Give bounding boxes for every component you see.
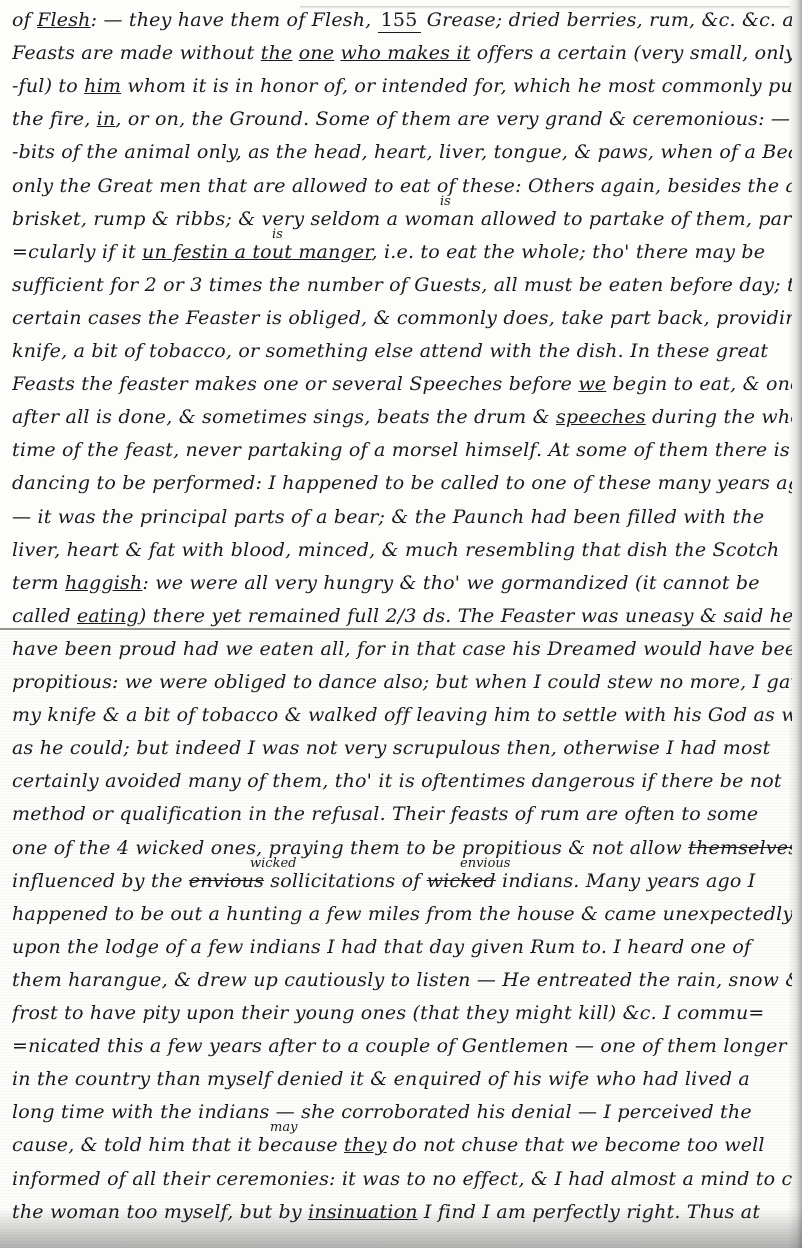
line-text: ) there yet remained full 2/3 ds. The Fe… xyxy=(139,605,792,627)
line-text: =cularly if it xyxy=(12,241,142,263)
manuscript-line: -ful) to him whom it is in honor of, or … xyxy=(12,74,792,98)
page-number: 155 xyxy=(378,8,421,33)
manuscript-line: as he could; but indeed I was not very s… xyxy=(12,736,792,760)
line-text: informed of all their ceremonies: it was… xyxy=(12,1168,792,1190)
underlined-text: haggish xyxy=(65,572,142,594)
line-text: frost to have pity upon their young ones… xyxy=(12,1002,765,1024)
manuscript-line: liver, heart & fat with blood, minced, &… xyxy=(12,538,792,562)
manuscript-line: one of the 4 wicked ones, praying them t… xyxy=(12,836,792,860)
manuscript-line: term haggish: we were all very hungry & … xyxy=(12,571,792,595)
interlinear-insertion: may xyxy=(270,1120,297,1135)
manuscript-line: in the country than myself denied it & e… xyxy=(12,1067,792,1091)
struck-text: wicked xyxy=(427,870,496,892)
manuscript-line: certainly avoided many of them, tho' it … xyxy=(12,769,792,793)
manuscript-line: brisket, rump & ribbs; & very seldom a w… xyxy=(12,207,792,231)
manuscript-line: them harangue, & drew up cautiously to l… xyxy=(12,968,792,992)
manuscript-line: certain cases the Feaster is obliged, & … xyxy=(12,306,792,330)
line-text: liver, heart & fat with blood, minced, &… xyxy=(12,539,779,561)
line-text: dancing to be performed: I happened to b… xyxy=(12,472,792,494)
line-text: propitious: we were obliged to dance als… xyxy=(12,671,792,693)
line-text: Feasts are made without xyxy=(12,42,261,64)
manuscript-line: after all is done, & sometimes sings, be… xyxy=(12,405,792,429)
manuscript-line: the fire, in, or on, the Ground. Some of… xyxy=(12,107,792,131)
manuscript-page: of Flesh: — they have them of Flesh, 155… xyxy=(0,0,802,1248)
manuscript-line: =nicated this a few years after to a cou… xyxy=(12,1034,792,1058)
line-text: because xyxy=(258,1134,344,1156)
line-text: : — they have them of Flesh, xyxy=(91,9,378,31)
manuscript-line: — it was the principal parts of a bear; … xyxy=(12,505,792,529)
line-text: =nicated this a few years after to a cou… xyxy=(12,1035,787,1057)
interlinear-insertion: is xyxy=(272,227,283,242)
line-text: called xyxy=(12,605,77,627)
manuscript-line: cause, & told him that it because they d… xyxy=(12,1133,792,1157)
interlinear-insertion: wicked xyxy=(250,856,296,871)
line-text: after all is done, & sometimes sings, be… xyxy=(12,406,556,428)
manuscript-line: happened to be out a hunting a few miles… xyxy=(12,902,792,926)
line-text: of xyxy=(12,9,37,31)
manuscript-line: Feasts are made without the one who make… xyxy=(12,41,792,65)
line-text: method or qualification in the refusal. … xyxy=(12,803,758,825)
line-text: my knife & a bit of tobacco & walked off… xyxy=(12,704,792,726)
underlined-text: him xyxy=(84,75,121,97)
underlined-text: eating xyxy=(77,605,139,627)
manuscript-line: -bits of the animal only, as the head, h… xyxy=(12,140,792,164)
manuscript-line: only the Great men that are allowed to e… xyxy=(12,174,792,198)
line-text: -bits of the animal only, as the head, h… xyxy=(12,141,792,163)
manuscript-line: have been proud had we eaten all, for in… xyxy=(12,637,792,661)
struck-text: themselves xyxy=(688,837,792,859)
line-text: time of the feast, never partaking of a … xyxy=(12,439,790,461)
manuscript-line: time of the feast, never partaking of a … xyxy=(12,438,792,462)
underlined-text: the xyxy=(261,42,293,64)
page-fold-line xyxy=(0,628,790,630)
line-text: indians. Many years ago I xyxy=(496,870,756,892)
underlined-text: who makes it xyxy=(341,42,471,64)
line-text: begin to eat, & one again xyxy=(606,373,792,395)
line-text: certain cases the Feaster is obliged, & … xyxy=(12,307,792,329)
manuscript-line: method or qualification in the refusal. … xyxy=(12,802,792,826)
underlined-text: in xyxy=(97,108,116,130)
line-text: I find I am perfectly right. Thus at xyxy=(418,1201,761,1223)
line-text: : we were all very hungry & tho' we gorm… xyxy=(142,572,759,594)
underlined-text: they xyxy=(344,1134,387,1156)
line-text: one of the 4 wicked ones, praying them t… xyxy=(12,837,688,859)
manuscript-line: my knife & a bit of tobacco & walked off… xyxy=(12,703,792,727)
line-text: allowed to partake of them, parti= xyxy=(481,208,792,230)
manuscript-line: =cularly if it un festin a tout manger, … xyxy=(12,240,792,264)
line-text: cause, & told him that it xyxy=(12,1134,258,1156)
underlined-text: Flesh xyxy=(37,9,91,31)
line-text: the fire, xyxy=(12,108,97,130)
line-text: Grease; dried berries, rum, &c. &c. and … xyxy=(421,9,792,31)
line-text: knife, a bit of tobacco, or something el… xyxy=(12,340,768,362)
underlined-text: speeches xyxy=(556,406,646,428)
manuscript-line: upon the lodge of a few indians I had th… xyxy=(12,935,792,959)
struck-text: envious xyxy=(189,870,264,892)
line-text: sollicitations of xyxy=(264,870,427,892)
manuscript-line: propitious: we were obliged to dance als… xyxy=(12,670,792,694)
line-text: the woman too myself, but by xyxy=(12,1201,308,1223)
line-text: offers a certain (very small, only a few… xyxy=(470,42,792,64)
line-text: whom it is in honor of, or intended for,… xyxy=(121,75,792,97)
line-text: brisket, rump & ribbs; & very seldom a w… xyxy=(12,208,481,230)
interlinear-insertion: envious xyxy=(460,856,510,871)
manuscript-line: dancing to be performed: I happened to b… xyxy=(12,471,792,495)
line-text: only the Great men that are allowed to e… xyxy=(12,175,792,197)
line-text: influenced by the xyxy=(12,870,189,892)
manuscript-line: knife, a bit of tobacco, or something el… xyxy=(12,339,792,363)
line-text: , or on, the Ground. Some of them are ve… xyxy=(115,108,792,130)
line-text: Feasts the feaster makes one or several … xyxy=(12,373,578,395)
underlined-text: one xyxy=(299,42,335,64)
line-text: sufficient for 2 or 3 times the number o… xyxy=(12,274,792,296)
line-text: certainly avoided many of them, tho' it … xyxy=(12,770,782,792)
manuscript-line: sufficient for 2 or 3 times the number o… xyxy=(12,273,792,297)
underlined-text: un festin a tout manger xyxy=(142,241,371,263)
interlinear-insertion: is xyxy=(440,194,451,209)
line-text: do not chuse that we become too well xyxy=(387,1134,765,1156)
line-text: , i.e. to eat the whole; tho' there may … xyxy=(372,241,766,263)
manuscript-line: long time with the indians — she corrobo… xyxy=(12,1100,792,1124)
manuscript-line: called eating) there yet remained full 2… xyxy=(12,604,792,628)
manuscript-line: influenced by the envious sollicitations… xyxy=(12,869,792,893)
manuscript-line: frost to have pity upon their young ones… xyxy=(12,1001,792,1025)
manuscript-line: informed of all their ceremonies: it was… xyxy=(12,1167,792,1191)
manuscript-line: Feasts the feaster makes one or several … xyxy=(12,372,792,396)
line-text: have been proud had we eaten all, for in… xyxy=(12,638,792,660)
manuscript-line: of Flesh: — they have them of Flesh, 155… xyxy=(12,8,792,33)
underlined-text: we xyxy=(578,373,606,395)
line-text: long time with the indians — she corrobo… xyxy=(12,1101,752,1123)
line-text: -ful) to xyxy=(12,75,84,97)
line-text: during the whole xyxy=(646,406,792,428)
line-text: happened to be out a hunting a few miles… xyxy=(12,903,792,925)
line-text: them harangue, & drew up cautiously to l… xyxy=(12,969,792,991)
line-text: as he could; but indeed I was not very s… xyxy=(12,737,770,759)
line-text: — it was the principal parts of a bear; … xyxy=(12,506,764,528)
line-text: term xyxy=(12,572,65,594)
line-text: in the country than myself denied it & e… xyxy=(12,1068,750,1090)
line-text: upon the lodge of a few indians I had th… xyxy=(12,936,751,958)
underlined-text: insinuation xyxy=(308,1201,418,1223)
manuscript-line: the woman too myself, but by insinuation… xyxy=(12,1200,792,1224)
